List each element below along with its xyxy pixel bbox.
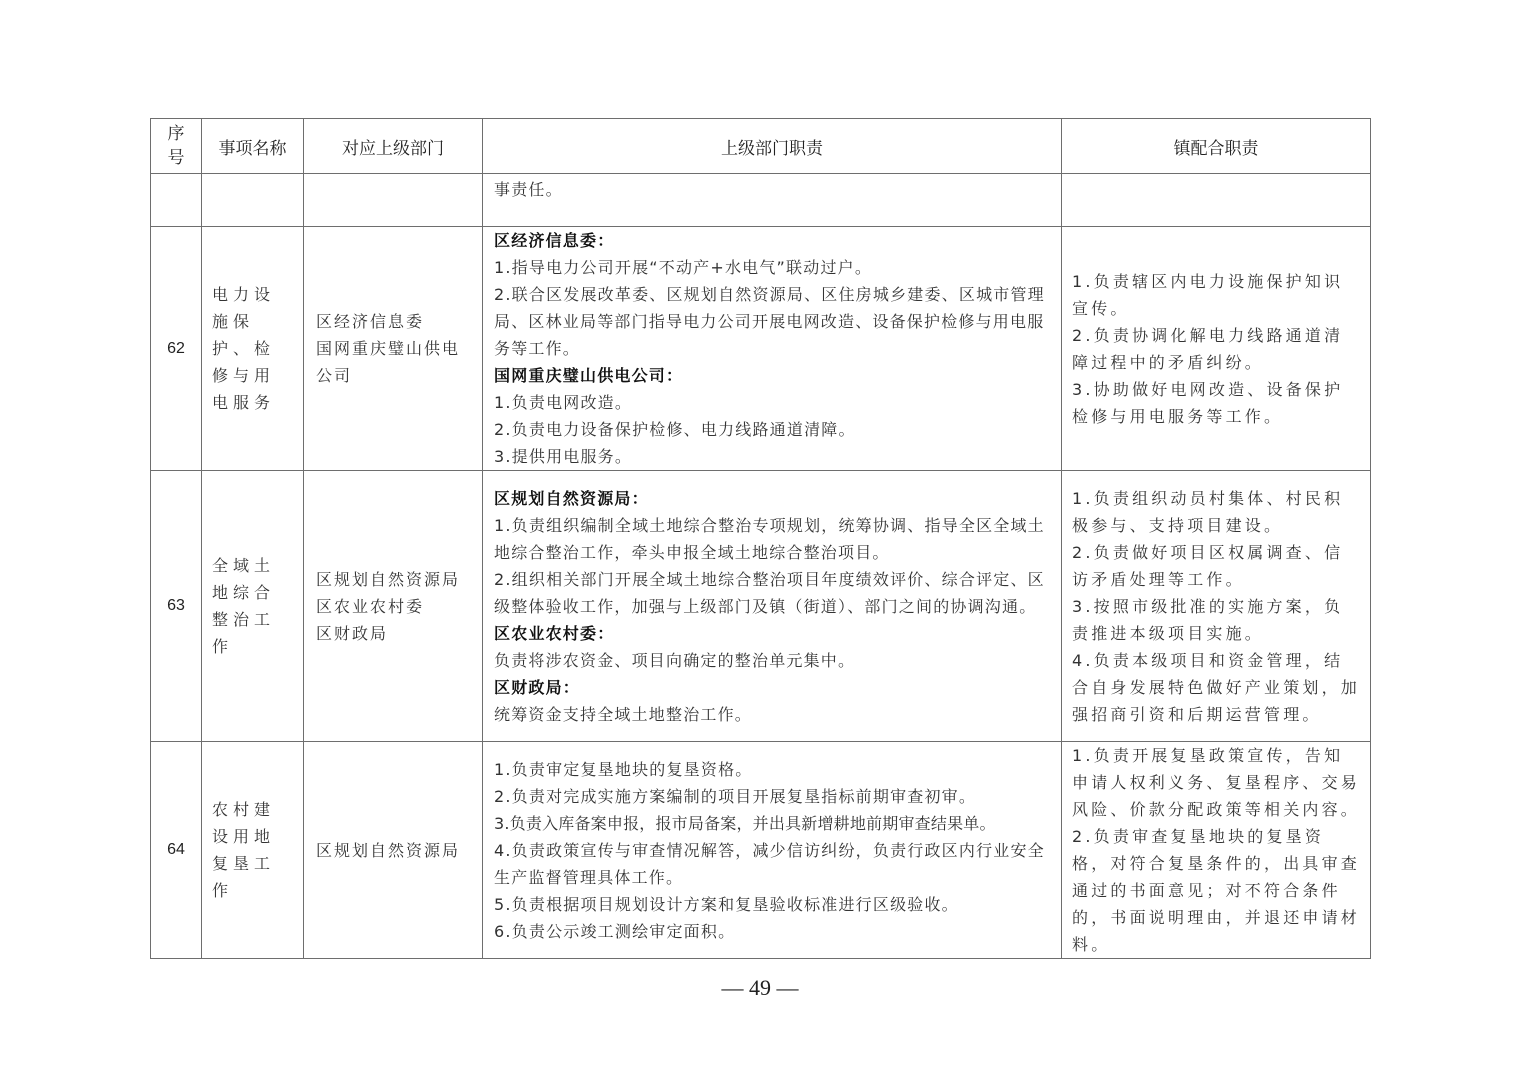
duty-item: 2.负责电力设备保护检修、电力线路通道清障。 [494,416,1053,443]
superior-duties-text: 事责任。 [483,174,1061,203]
seq-cell: 62 [151,227,202,471]
item-name-cell: 电力设施保护、检修与用电服务 [202,227,304,471]
dept-line: 区财政局 [316,620,474,647]
dept-heading: 区农业农村委： [494,620,1053,647]
town-duty-item: 2.负责做好项目区权属调查、信访矛盾处理等工作。 [1072,539,1362,593]
duty-item: 1.指导电力公司开展“不动产+水电气”联动过户。 [494,254,1053,281]
header-seq: 序号 [151,119,202,174]
item-name-cell [202,174,304,227]
town-duty-item: 1.负责辖区内电力设施保护知识宣传。 [1072,268,1362,322]
dept-line: 区农业农村委 [316,593,474,620]
duty-item: 1.负责电网改造。 [494,389,1053,416]
dept-line: 国网重庆璧山供电公司 [316,335,474,389]
superior-duties-cell: 事责任。 [483,174,1062,227]
duty-item: 3.负责入库备案申报，报市局备案，并出具新增耕地前期审查结果单。 [494,810,1053,837]
header-superior-dept: 对应上级部门 [304,119,483,174]
header-town-duties: 镇配合职责 [1062,119,1371,174]
town-duty-item: 1.负责组织动员村集体、村民积极参与、支持项目建设。 [1072,485,1362,539]
duty-item: 2.组织相关部门开展全域土地综合整治项目年度绩效评价、综合评定、区级整体验收工作… [494,566,1053,620]
superior-duties-cell: 区经济信息委： 1.指导电力公司开展“不动产+水电气”联动过户。 2.联合区发展… [483,227,1062,471]
duty-item: 2.联合区发展改革委、区规划自然资源局、区住房城乡建委、区城市管理局、区林业局等… [494,281,1053,362]
dept-heading: 国网重庆璧山供电公司： [494,362,1053,389]
table-row-continuation: 事责任。 [151,174,1371,227]
duties-table: 序号 事项名称 对应上级部门 上级部门职责 镇配合职责 事责任。 62 电力设施… [150,118,1371,959]
duty-item: 2.负责对完成实施方案编制的项目开展复垦指标前期审查初审。 [494,783,1053,810]
header-superior-duties: 上级部门职责 [483,119,1062,174]
town-duty-item: 2.负责协调化解电力线路通道清障过程中的矛盾纠纷。 [1072,322,1362,376]
dept-heading: 区规划自然资源局： [494,485,1053,512]
town-duty-item: 4.负责本级项目和资金管理，结合自身发展特色做好产业策划，加强招商引资和后期运营… [1072,647,1362,728]
town-duty-item: 2.负责审查复垦地块的复垦资格，对符合复垦条件的，出具审查通过的书面意见；对不符… [1072,823,1362,958]
superior-dept-cell: 区经济信息委 国网重庆璧山供电公司 [304,227,483,471]
table-header-row: 序号 事项名称 对应上级部门 上级部门职责 镇配合职责 [151,119,1371,174]
town-duties-cell [1062,174,1371,227]
dept-line: 区规划自然资源局 [316,837,474,864]
town-duties-cell: 1.负责辖区内电力设施保护知识宣传。 2.负责协调化解电力线路通道清障过程中的矛… [1062,227,1371,471]
item-name-text: 全域土地综合整治工作 [202,552,303,660]
superior-dept-cell [304,174,483,227]
town-duty-item: 1.负责开展复垦政策宣传，告知申请人权利义务、复垦程序、交易风险、价款分配政策等… [1072,742,1362,823]
dept-line: 区规划自然资源局 [316,566,474,593]
town-duty-item: 3.按照市级批准的实施方案，负责推进本级项目实施。 [1072,593,1362,647]
header-item-name: 事项名称 [202,119,304,174]
item-name-text: 电力设施保护、检修与用电服务 [202,281,303,416]
dept-line: 区经济信息委 [316,308,474,335]
duty-item: 4.负责政策宣传与审查情况解答，减少信访纠纷，负责行政区内行业安全生产监督管理具… [494,837,1053,891]
duty-item: 1.负责审定复垦地块的复垦资格。 [494,756,1053,783]
duty-item: 6.负责公示竣工测绘审定面积。 [494,918,1053,945]
item-name-cell: 全域土地综合整治工作 [202,471,304,742]
duty-item: 3.提供用电服务。 [494,443,1053,470]
duty-item: 统筹资金支持全域土地整治工作。 [494,701,1053,728]
page-number: — 49 — [0,975,1520,1001]
table-row: 64 农村建设用地复垦工作 区规划自然资源局 1.负责审定复垦地块的复垦资格。 … [151,742,1371,959]
superior-dept-cell: 区规划自然资源局 [304,742,483,959]
dept-heading: 区经济信息委： [494,227,1053,254]
dept-heading: 区财政局： [494,674,1053,701]
seq-cell [151,174,202,227]
superior-duties-cell: 区规划自然资源局： 1.负责组织编制全域土地综合整治专项规划，统筹协调、指导全区… [483,471,1062,742]
town-duty-item: 3.协助做好电网改造、设备保护检修与用电服务等工作。 [1072,376,1362,430]
duty-item: 5.负责根据项目规划设计方案和复垦验收标准进行区级验收。 [494,891,1053,918]
superior-dept-cell: 区规划自然资源局 区农业农村委 区财政局 [304,471,483,742]
item-name-cell: 农村建设用地复垦工作 [202,742,304,959]
town-duties-cell: 1.负责组织动员村集体、村民积极参与、支持项目建设。 2.负责做好项目区权属调查… [1062,471,1371,742]
table-row: 62 电力设施保护、检修与用电服务 区经济信息委 国网重庆璧山供电公司 区经济信… [151,227,1371,471]
duty-item: 1.负责组织编制全域土地综合整治专项规划，统筹协调、指导全区全域土地综合整治工作… [494,512,1053,566]
town-duties-cell: 1.负责开展复垦政策宣传，告知申请人权利义务、复垦程序、交易风险、价款分配政策等… [1062,742,1371,959]
duty-item: 负责将涉农资金、项目向确定的整治单元集中。 [494,647,1053,674]
seq-cell: 63 [151,471,202,742]
superior-duties-cell: 1.负责审定复垦地块的复垦资格。 2.负责对完成实施方案编制的项目开展复垦指标前… [483,742,1062,959]
header-seq-label: 序号 [166,122,186,170]
table-row: 63 全域土地综合整治工作 区规划自然资源局 区农业农村委 区财政局 区规划自然… [151,471,1371,742]
seq-cell: 64 [151,742,202,959]
item-name-text: 农村建设用地复垦工作 [202,796,303,904]
